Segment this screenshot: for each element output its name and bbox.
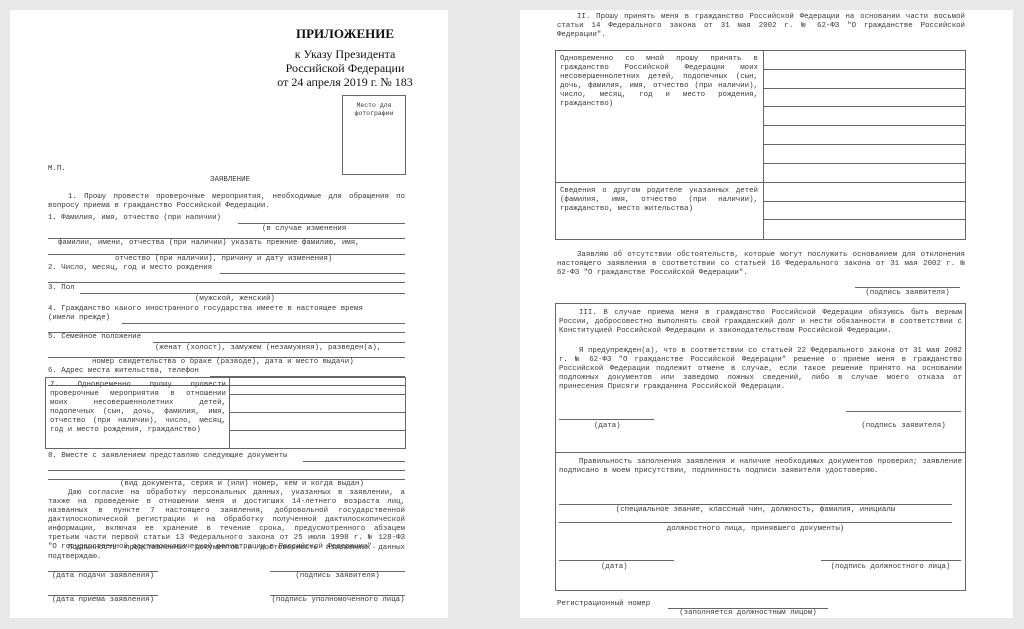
field-1-hint-2: фамилии, имени, отчества (при наличии) у…: [58, 239, 360, 248]
field-8-input-line-2[interactable]: [48, 470, 405, 471]
applicant-signature-line-1[interactable]: [855, 287, 960, 288]
field-5-input-line[interactable]: [153, 342, 405, 343]
other-parent-line[interactable]: [764, 201, 965, 202]
field-7-label: 7. Одновременно прошу провести проверочн…: [50, 381, 226, 435]
photo-box: Место для фотографии: [342, 95, 406, 175]
date-line-1[interactable]: [559, 419, 654, 420]
applicant-signature-label: (подпись заявителя): [270, 572, 405, 581]
official-info-line-2[interactable]: [559, 522, 952, 523]
children-table: Одновременно со мной прошу принять в гра…: [555, 50, 966, 240]
field-2-input-line[interactable]: [220, 273, 405, 274]
children-table-line[interactable]: [764, 163, 965, 164]
stamp-mark: М.П.: [48, 165, 66, 174]
date-label-2: (дата): [601, 563, 628, 572]
field-7-row-line[interactable]: [230, 394, 406, 395]
decree-line-3: от 24 апреля 2019 г. № 183: [250, 75, 440, 89]
field-4-label: 4. Гражданство какого иностранного госуд…: [48, 305, 405, 314]
field-5-hint-2: номер свидетельства о браке (разводе), д…: [92, 358, 354, 367]
field-1-input-line[interactable]: [238, 223, 405, 224]
field-2-label: 2. Число, месяц, год и место рождения: [48, 264, 212, 273]
applicant-signature-label-2: (подпись заявителя): [846, 422, 961, 431]
field-1-hint-3: отчество (при наличии), причину и дату и…: [115, 255, 332, 264]
other-parent-row-label: Сведения о другом родителе указанных дет…: [560, 187, 758, 214]
other-parent-line[interactable]: [764, 219, 965, 220]
section-3-paragraph-1: III. В случае приема меня в гражданство …: [559, 309, 962, 336]
official-hint-1: (специальное звание, классный чин, должн…: [559, 506, 952, 515]
date-line-2[interactable]: [559, 560, 674, 561]
official-signature-line[interactable]: [821, 560, 961, 561]
field-8-label: 8. Вместе с заявлением представляю следу…: [48, 452, 288, 461]
applicant-signature-line-2[interactable]: [846, 411, 961, 412]
form-page-2: II. Прошу принять меня в гражданство Рос…: [520, 10, 1013, 618]
absence-statement: Заявляю об отсутствии обстоятельств, кот…: [557, 251, 965, 278]
field-4-label-2: (имели прежде): [48, 314, 110, 323]
official-info-line-1[interactable]: [559, 504, 952, 505]
section-2-paragraph: II. Прошу принять меня в гражданство Рос…: [557, 13, 965, 40]
children-row-label: Одновременно со мной прошу принять в гра…: [560, 55, 758, 109]
field-7-table: 7. Одновременно прошу провести проверочн…: [45, 377, 406, 449]
section-3-paragraph-2: Я предупрежден(а), что в соответствии со…: [559, 347, 962, 392]
decree-line-1: к Указу Президента: [250, 47, 440, 61]
official-signature-label: (подпись должностного лица): [818, 563, 963, 572]
field-7-row-line[interactable]: [230, 412, 406, 413]
children-table-divider: [763, 51, 764, 239]
field-3-label: 3. Пол: [48, 284, 75, 293]
official-hint-2: должностного лица, принявшего документы): [559, 525, 952, 534]
authenticity-paragraph: Подлинность представленных документов и …: [48, 544, 405, 562]
oath-box: III. В случае приема меня в гражданство …: [555, 303, 966, 591]
date-label-1: (дата): [594, 422, 621, 431]
field-1-hint-1: (в случае изменения: [262, 225, 346, 234]
field-8-input-line[interactable]: [303, 461, 405, 462]
field-4-input-line[interactable]: [122, 323, 405, 324]
field-7-row-line[interactable]: [230, 430, 406, 431]
oath-box-divider: [556, 452, 965, 453]
form-heading: ЗАЯВЛЕНИЕ: [170, 176, 290, 185]
date-received-label: (дата приема заявления): [52, 596, 154, 605]
field-3-hint: (мужской, женский): [195, 295, 275, 304]
authorized-signature-label: (подпись уполномоченного лица): [268, 596, 408, 605]
field-2-input-line-2[interactable]: [48, 282, 405, 283]
verification-paragraph: Правильность заполнения заявления и нали…: [559, 458, 962, 476]
intro-paragraph: 1. Прошу провести проверочные мероприяти…: [48, 193, 405, 211]
photo-box-label: Место для фотографии: [343, 96, 405, 118]
field-8-hint: (вид документа, серия и (или) номер, кем…: [120, 480, 364, 489]
registration-number-label: Регистрационный номер: [557, 600, 650, 609]
consent-paragraph: Даю согласие на обработку персональных д…: [48, 489, 405, 552]
field-7-divider: [229, 378, 230, 448]
applicant-signature-label-1: (подпись заявителя): [850, 289, 965, 298]
appendix-title: ПРИЛОЖЕНИЕ: [250, 26, 440, 42]
registration-number-hint: (заполняется должностным лицом): [668, 609, 828, 618]
children-table-row-divider: [556, 182, 965, 183]
field-5-hint-1: (женат (холост), замужем (незамужняя), р…: [155, 344, 381, 353]
field-1-label: 1. Фамилия, имя, отчество (при наличии): [48, 214, 221, 223]
field-6-label: 6. Адрес места жительства, телефон: [48, 367, 199, 376]
children-table-line[interactable]: [764, 88, 965, 89]
form-page-1: ПРИЛОЖЕНИЕ к Указу Президента Российской…: [10, 10, 448, 618]
decree-line-2: Российской Федерации: [250, 61, 440, 75]
field-5-label: 5. Семейное положение: [48, 333, 141, 342]
children-table-line[interactable]: [764, 144, 965, 145]
children-table-line[interactable]: [764, 69, 965, 70]
field-3-input-line[interactable]: [80, 293, 405, 294]
date-submitted-label: (дата подачи заявления): [52, 572, 154, 581]
children-table-line[interactable]: [764, 106, 965, 107]
children-table-line[interactable]: [764, 125, 965, 126]
